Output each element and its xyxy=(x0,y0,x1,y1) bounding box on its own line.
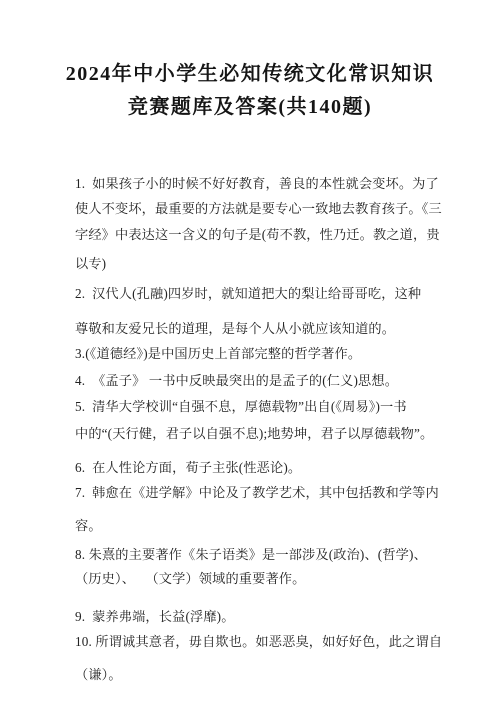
text-line: 3.(《道德经》)是中国历史上首部完整的哲学著作。 xyxy=(75,347,361,360)
text-line: 4. 《孟子》 一书中反映最突出的是孟子的(仁义)思想。 xyxy=(75,374,398,387)
text-line: （历史）、 （文学）领域的重要著作。 xyxy=(75,572,305,585)
text-line: 7. 韩愈在《进学解》中论及了教学艺术，其中包括教和学等内 xyxy=(75,486,439,499)
text-line: （谦）。 xyxy=(75,668,122,681)
text-line: 2. 汉代人(孔融)四岁时，就知道把大的梨让给哥哥吃，这种 xyxy=(75,287,421,300)
text-line: 容。 xyxy=(75,519,102,532)
document-title-line-1: 2024年中小学生必知传统文化常识知识 xyxy=(0,64,500,84)
text-line: 1. 如果孩子小的时候不好好教育，善良的本性就会变坏。为了 xyxy=(75,177,439,190)
text-line: 8. 朱熹的主要著作《朱子语类》是一部涉及(政治)、(哲学)、 xyxy=(75,548,427,561)
text-line: 6. 在人性论方面，荀子主张(性恶论)。 xyxy=(75,461,301,474)
document-title-line-2: 竞赛题库及答案(共140题) xyxy=(0,97,500,117)
text-line: 使人不变坏，最重要的方法就是要专心一致地去教育孩子。《三 xyxy=(75,202,442,215)
text-line: 以专) xyxy=(75,257,106,270)
document-page: 2024年中小学生必知传统文化常识知识 竞赛题库及答案(共140题) 1. 如果… xyxy=(0,0,500,708)
text-line: 中的“(天行健，君子以自强不息);地势坤，君子以厚德载物”。 xyxy=(75,427,433,440)
text-line: 9. 蒙养弗端，长益(浮靡)。 xyxy=(75,610,235,623)
text-line: 5. 清华大学校训“自强不息，厚德载物”出自(《周易》)一书 xyxy=(75,400,407,413)
text-line: 10. 所谓诚其意者，毋自欺也。如恶恶臭，如好好色，此之谓自 xyxy=(75,635,442,648)
text-line: 字经》中表达这一含义的句子是(苟不教，性乃迁。教之道，贵 xyxy=(75,228,440,241)
text-line: 尊敬和友爱兄长的道理，是每个人从小就应该知道的。 xyxy=(75,322,395,335)
